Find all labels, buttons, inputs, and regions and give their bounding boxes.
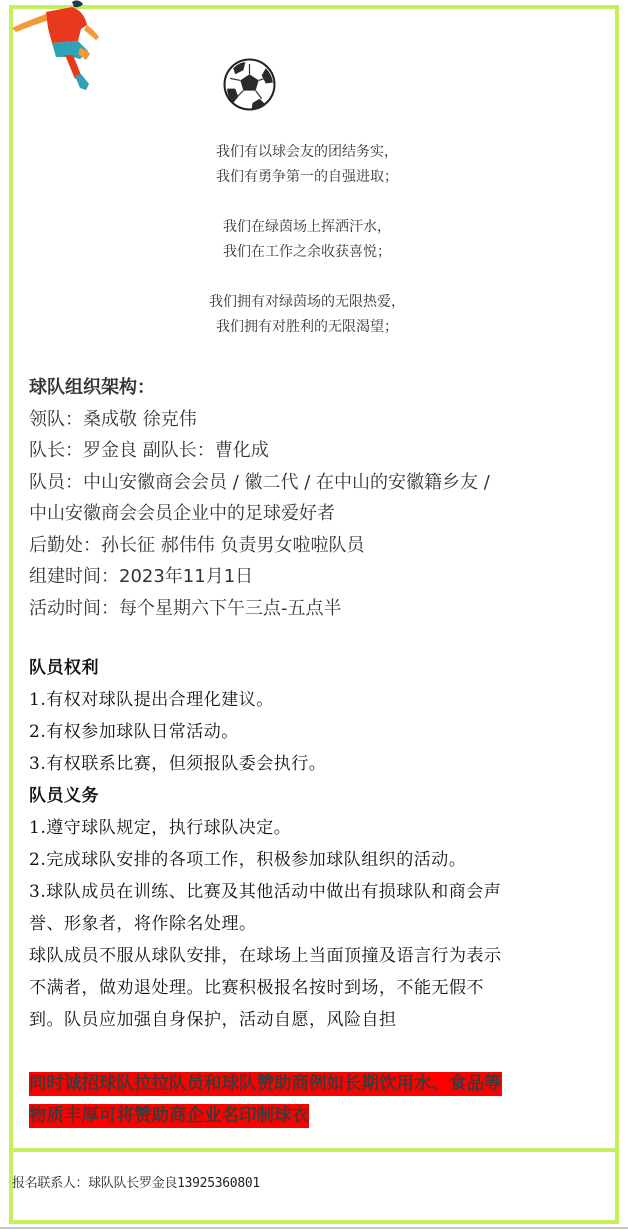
recruitment-line-2: 物质丰厚可将赞助商企业名印制球衣 [29, 1104, 309, 1128]
poem-line: 我们有以球会友的团结务实， [0, 140, 614, 165]
poem-stanza-2: 我们在绿茵场上挥洒汗水， 我们在工作之余收获喜悦； [0, 215, 614, 265]
duties-item: 2.完成球队安排的各项工作，积极参加球队组织的活动。 [29, 844, 604, 876]
duties-heading: 队员义务 [29, 780, 604, 812]
activity-time-line: 活动时间：每个星期六下午三点-五点半 [29, 593, 599, 625]
intro-poem: 我们有以球会友的团结务实， 我们有勇争第一的自强进取； 我们在绿茵场上挥洒汗水，… [0, 140, 614, 365]
duties-paragraph-line: 不满者，做劝退处理。比赛积极报名按时到场，不能无假不 [29, 972, 604, 1004]
poem-stanza-3: 我们拥有对绿茵场的无限热爱， 我们拥有对胜利的无限渴望； [0, 290, 614, 340]
leaders-line: 领队：桑成敬 徐克伟 [29, 404, 599, 436]
rights-item: 2.有权参加球队日常活动。 [29, 716, 604, 748]
recruitment-notice: 同时诚招球队拉拉队员和球队赞助商例如长期饮用水、食品等 物质丰厚可将赞助商企业名… [29, 1068, 599, 1132]
rights-duties-section: 队员权利 1.有权对球队提出合理化建议。 2.有权参加球队日常活动。 3.有权联… [29, 652, 604, 1036]
duties-item: 1.遵守球队规定，执行球队决定。 [29, 812, 604, 844]
contact-info: 报名联系人：球队队长罗金良13925360801 [12, 1172, 260, 1191]
rights-item: 1.有权对球队提出合理化建议。 [29, 684, 604, 716]
logistics-line: 后勤处：孙长征 郝伟伟 负责男女啦啦队员 [29, 530, 599, 562]
soccer-player-icon [10, 0, 105, 92]
poem-line: 我们在绿茵场上挥洒汗水， [0, 215, 614, 240]
organization-heading: 球队组织架构： [29, 372, 599, 404]
poem-line: 我们有勇争第一的自强进取； [0, 165, 614, 190]
poem-line: 我们在工作之余收获喜悦； [0, 240, 614, 265]
members-line-cont: 中山安徽商会会员企业中的足球爱好者 [29, 498, 599, 530]
bottom-edge [0, 1227, 628, 1229]
poem-stanza-1: 我们有以球会友的团结务实， 我们有勇争第一的自强进取； [0, 140, 614, 190]
poem-line: 我们拥有对胜利的无限渴望； [0, 315, 614, 340]
duties-paragraph-line: 球队成员不服从球队安排，在球场上当面顶撞及语言行为表示 [29, 940, 604, 972]
soccer-ball-icon [223, 58, 276, 111]
recruitment-line-1: 同时诚招球队拉拉队员和球队赞助商例如长期饮用水、食品等 [29, 1072, 502, 1096]
duties-item: 3.球队成员在训练、比赛及其他活动中做出有损球队和商会声 [29, 876, 604, 908]
rights-item: 3.有权联系比赛，但须报队委会执行。 [29, 748, 604, 780]
duties-paragraph-line: 到。队员应加强自身保护，活动自愿，风险自担 [29, 1004, 604, 1036]
organization-section: 球队组织架构： 领队：桑成敬 徐克伟 队长：罗金良 副队长：曹化成 队员：中山安… [29, 372, 599, 624]
members-line: 队员：中山安徽商会会员 / 徽二代 / 在中山的安徽籍乡友 / [29, 467, 599, 499]
footer-divider [9, 1148, 619, 1152]
duties-item-cont: 誉、形象者，将作除名处理。 [29, 908, 604, 940]
captain-line: 队长：罗金良 副队长：曹化成 [29, 435, 599, 467]
poem-line: 我们拥有对绿茵场的无限热爱， [0, 290, 614, 315]
rights-heading: 队员权利 [29, 652, 604, 684]
founded-line: 组建时间：2023年11月1日 [29, 561, 599, 593]
